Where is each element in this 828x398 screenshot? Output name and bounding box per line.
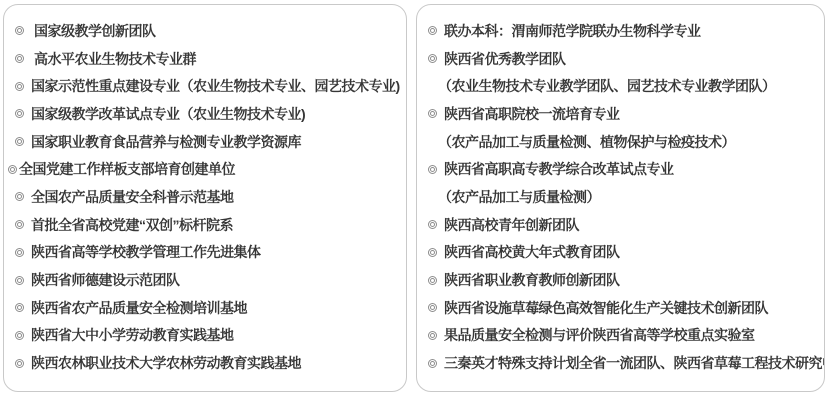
achievement-label: 陕西农林职业技术大学农林劳动教育实践基地: [31, 353, 301, 373]
bullseye-icon: [428, 220, 437, 229]
list-item: 联办本科：渭南师范学院联办生物科学专业: [417, 17, 824, 45]
list-item: 陕西省设施草莓绿色高效智能化生产关键技术创新团队: [417, 294, 824, 322]
achievement-label: 果品质量安全检测与评价陕西省高等学校重点实验室: [444, 325, 755, 345]
bullseye-icon: [15, 109, 24, 118]
list-item: 陕西省高职高专教学综合改革试点专业: [417, 155, 824, 183]
achievement-label: 陕西省高等学校教学管理工作先进集体: [31, 242, 261, 262]
list-item: 国家级教学创新团队: [4, 17, 406, 45]
achievement-list-left: 国家级教学创新团队高水平农业生物技术专业群国家示范性重点建设专业（农业生物技术专…: [3, 4, 407, 392]
bullseye-icon: [8, 165, 17, 174]
bullseye-icon: [428, 54, 437, 63]
list-item: 陕西省农产品质量安全检测培训基地: [4, 294, 406, 322]
list-item: 全国党建工作样板支部培育创建单位: [4, 155, 406, 183]
list-item: 高水平农业生物技术专业群: [4, 45, 406, 73]
achievement-label: 陕西省农产品质量安全检测培训基地: [31, 298, 247, 318]
bullseye-icon: [15, 137, 24, 146]
list-item: 全国农产品质量安全科普示范基地: [4, 183, 406, 211]
achievement-list-right: 联办本科：渭南师范学院联办生物科学专业陕西省优秀教学团队（农业生物技术专业教学团…: [416, 4, 825, 392]
achievement-label: 陕西省大中小学劳动教育实践基地: [31, 325, 234, 345]
bullseye-icon: [15, 331, 24, 340]
list-item: 陕西省高校黄大年式教育团队: [417, 239, 824, 267]
achievement-label: 全国党建工作样板支部培育创建单位: [19, 159, 235, 179]
bullseye-icon: [428, 165, 437, 174]
list-item: （农产品加工与质量检测）: [417, 183, 824, 211]
bullseye-icon: [428, 276, 437, 285]
bullseye-icon: [15, 220, 24, 229]
achievement-label: 高水平农业生物技术专业群: [34, 49, 196, 69]
achievement-label: （农产品加工与质量检测）: [438, 187, 600, 207]
bullseye-icon: [428, 26, 437, 35]
list-item: 国家级教学改革试点专业（农业生物技术专业): [4, 100, 406, 128]
list-item: 陕西农林职业技术大学农林劳动教育实践基地: [4, 349, 406, 377]
achievement-label: 全国农产品质量安全科普示范基地: [31, 187, 234, 207]
list-item: 陕西省大中小学劳动教育实践基地: [4, 322, 406, 350]
achievement-label: 国家示范性重点建设专业（农业生物技术专业、园艺技术专业): [31, 76, 400, 96]
list-item: 陕西省高等学校教学管理工作先进集体: [4, 239, 406, 267]
bullseye-icon: [428, 109, 437, 118]
bullseye-icon: [15, 359, 24, 368]
list-item: 陕西省优秀教学团队: [417, 45, 824, 73]
bullseye-icon: [15, 54, 24, 63]
list-item: 陕西高校青年创新团队: [417, 211, 824, 239]
achievement-label: 首批全省高校党建“双创”标杆院系: [31, 215, 233, 235]
bullseye-icon: [15, 248, 24, 257]
achievement-label: 国家级教学创新团队: [34, 21, 156, 41]
bullseye-icon: [15, 276, 24, 285]
list-item: 陕西省职业教育教师创新团队: [417, 266, 824, 294]
achievement-label: （农业生物技术专业教学团队、园艺技术专业教学团队）: [438, 76, 776, 96]
list-item: 陕西省高职院校一流培育专业: [417, 100, 824, 128]
list-item: 国家职业教育食品营养与检测专业教学资源库: [4, 128, 406, 156]
list-item: （农业生物技术专业教学团队、园艺技术专业教学团队）: [417, 72, 824, 100]
achievement-label: 陕西省高校黄大年式教育团队: [444, 242, 620, 262]
list-item: 国家示范性重点建设专业（农业生物技术专业、园艺技术专业): [4, 72, 406, 100]
achievement-label: 陕西省职业教育教师创新团队: [444, 270, 620, 290]
bullseye-icon: [15, 26, 24, 35]
list-item: 首批全省高校党建“双创”标杆院系: [4, 211, 406, 239]
achievement-label: 三秦英才特殊支持计划全省一流团队、陕西省草莓工程技术研究中心: [444, 353, 825, 373]
achievement-label: 国家职业教育食品营养与检测专业教学资源库: [31, 132, 301, 152]
list-item: 陕西省师德建设示范团队: [4, 266, 406, 294]
achievement-label: （农产品加工与质量检测、植物保护与检疫技术）: [438, 132, 735, 152]
bullseye-icon: [428, 248, 437, 257]
bullseye-icon: [428, 359, 437, 368]
bullseye-icon: [428, 331, 437, 340]
list-item: 三秦英才特殊支持计划全省一流团队、陕西省草莓工程技术研究中心: [417, 349, 824, 377]
bullseye-icon: [15, 82, 24, 91]
achievement-label: 国家级教学改革试点专业（农业生物技术专业): [31, 104, 305, 124]
bullseye-icon: [428, 303, 437, 312]
bullseye-icon: [15, 303, 24, 312]
bullseye-icon: [15, 192, 24, 201]
achievement-label: 陕西省优秀教学团队: [444, 49, 566, 69]
achievement-label: 联办本科：渭南师范学院联办生物科学专业: [444, 21, 701, 41]
list-item: （农产品加工与质量检测、植物保护与检疫技术）: [417, 128, 824, 156]
achievements-layout: 国家级教学创新团队高水平农业生物技术专业群国家示范性重点建设专业（农业生物技术专…: [0, 0, 828, 398]
achievement-label: 陕西省师德建设示范团队: [31, 270, 180, 290]
list-item: 果品质量安全检测与评价陕西省高等学校重点实验室: [417, 322, 824, 350]
achievement-label: 陕西省高职高专教学综合改革试点专业: [444, 159, 674, 179]
achievement-label: 陕西省设施草莓绿色高效智能化生产关键技术创新团队: [444, 298, 768, 318]
achievement-label: 陕西高校青年创新团队: [444, 215, 579, 235]
achievement-label: 陕西省高职院校一流培育专业: [444, 104, 620, 124]
